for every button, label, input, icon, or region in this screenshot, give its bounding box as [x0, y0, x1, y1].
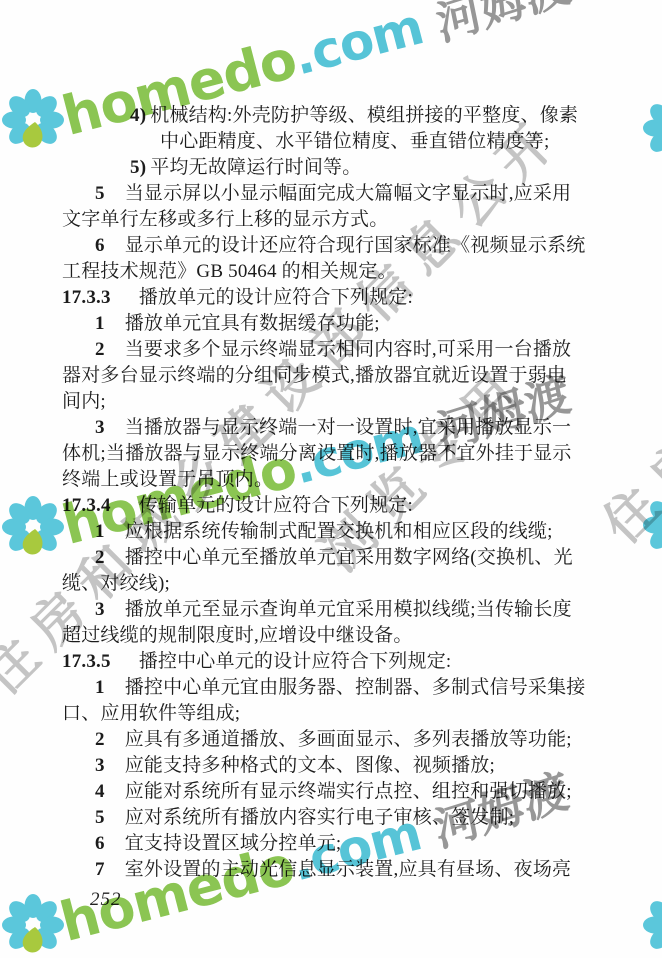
text-line: 5)平均无故障运行时间等。 [62, 155, 606, 181]
line-number: 5 [95, 807, 105, 828]
text-line: 器对多台显示终端的分组同步模式,播放器宜就近设置于弱电 [62, 363, 606, 389]
text-line: 间内; [62, 389, 606, 415]
line-text: 机械结构:外壳防护等级、模组拼接的平整度、像素 [150, 105, 578, 126]
line-text: 缆、对绞线); [62, 573, 170, 594]
text-line: 工程技术规范》GB 50464 的相关规定。 [62, 259, 606, 285]
line-text: 超过线缆的规制限度时,应增设中继设备。 [62, 625, 413, 646]
line-text: 播放单元至显示查询单元宜采用模拟线缆;当传输长度 [125, 599, 572, 620]
text-line: 终端上或设置于吊顶内。 [62, 467, 606, 493]
line-text: 应对系统所有播放内容实行电子审核、签发制; [125, 807, 514, 828]
line-text: 播放单元宜具有数据缓存功能; [125, 313, 380, 334]
text-line: 6显示单元的设计还应符合现行国家标准《视频显示系统 [62, 233, 606, 259]
scanned-document-page: 4)机械结构:外壳防护等级、模组拼接的平整度、像素中心距精度、水平错位精度、垂直… [0, 0, 662, 958]
line-number: 1 [95, 313, 105, 334]
text-line: 超过线缆的规制限度时,应增设中继设备。 [62, 623, 606, 649]
line-number: 4) [130, 105, 146, 126]
text-line: 2应具有多通道播放、多画面显示、多列表播放等功能; [62, 727, 606, 753]
homedo-flower-icon [1, 495, 65, 559]
line-text: 播控中心单元的设计应符合下列规定: [139, 651, 452, 672]
text-line: 1播放单元宜具有数据缓存功能; [62, 311, 606, 337]
line-number: 7 [95, 859, 105, 880]
text-line: 17.3.5播控中心单元的设计应符合下列规定: [62, 649, 606, 675]
text-line: 中心距精度、水平错位精度、垂直错位精度等; [62, 129, 606, 155]
line-text: 当显示屏以小显示幅面完成大篇幅文字显示时,应采用 [125, 183, 572, 204]
line-text: 器对多台显示终端的分组同步模式,播放器宜就近设置于弱电 [62, 365, 566, 386]
text-line: 4应能对系统所有显示终端实行点控、组控和强切播放; [62, 779, 606, 805]
line-text: 播放单元的设计应符合下列规定: [139, 287, 413, 308]
text-line: 1应根据系统传输制式配置交换机和相应区段的线缆; [62, 519, 606, 545]
line-number: 17.3.4 [62, 495, 111, 516]
line-number: 2 [95, 729, 105, 750]
line-text: 应根据系统传输制式配置交换机和相应区段的线缆; [125, 521, 553, 542]
text-line: 5当显示屏以小显示幅面完成大篇幅文字显示时,应采用 [62, 181, 606, 207]
line-number: 17.3.5 [62, 651, 111, 672]
line-number: 5) [130, 157, 146, 178]
line-number: 2 [95, 547, 105, 568]
text-line: 3播放单元至显示查询单元宜采用模拟线缆;当传输长度 [62, 597, 606, 623]
text-line: 17.3.3播放单元的设计应符合下列规定: [62, 285, 606, 311]
homedo-flower-icon-partial [642, 893, 662, 957]
homedo-chinese-name: 河姆渡 [432, 0, 575, 53]
text-line: 缆、对绞线); [62, 571, 606, 597]
homedo-flower-icon [1, 893, 65, 957]
page-number: 252 [90, 889, 122, 911]
line-text: 当要求多个显示终端显示相同内容时,可采用一台播放 [125, 339, 572, 360]
line-text: 文字单行左移或多行上移的显示方式。 [62, 209, 388, 230]
text-line: 7室外设置的主动光信息显示装置,应具有昼场、夜场亮 [62, 857, 606, 883]
text-line: 文字单行左移或多行上移的显示方式。 [62, 207, 606, 233]
homedo-flower-icon-partial [642, 493, 662, 557]
line-text: 间内; [62, 391, 106, 412]
homedo-domain-suffix: .com [288, 0, 429, 85]
line-text: 终端上或设置于吊顶内。 [62, 469, 273, 490]
text-line: 3当播放器与显示终端一对一设置时,宜采用播放显示一 [62, 415, 606, 441]
line-number: 1 [95, 521, 105, 542]
line-number: 3 [95, 599, 105, 620]
line-text: 显示单元的设计还应符合现行国家标准《视频显示系统 [125, 235, 586, 256]
line-text: 口、应用软件等组成; [62, 703, 240, 724]
line-text: 应能支持多种格式的文本、图像、视频播放; [125, 755, 495, 776]
line-number: 17.3.3 [62, 287, 111, 308]
line-number: 3 [95, 755, 105, 776]
line-text: 宜支持设置区域分控单元; [125, 833, 342, 854]
line-text: 当播放器与显示终端一对一设置时,宜采用播放显示一 [125, 417, 572, 438]
line-text: 平均无故障运行时间等。 [150, 157, 361, 178]
line-text: 工程技术规范》GB 50464 的相关规定。 [62, 261, 397, 282]
text-line: 2当要求多个显示终端显示相同内容时,可采用一台播放 [62, 337, 606, 363]
homedo-flower-icon-partial [642, 96, 662, 160]
text-line: 2播控中心单元至播放单元宜采用数字网络(交换机、光 [62, 545, 606, 571]
document-body: 4)机械结构:外壳防护等级、模组拼接的平整度、像素中心距精度、水平错位精度、垂直… [62, 103, 606, 883]
text-line: 4)机械结构:外壳防护等级、模组拼接的平整度、像素 [62, 103, 606, 129]
line-number: 2 [95, 339, 105, 360]
line-number: 6 [95, 235, 105, 256]
homedo-flower-icon [1, 88, 65, 152]
line-text: 体机;当播放器与显示终端分离设置时,播放器不宜外挂于显示 [62, 443, 572, 464]
text-line: 口、应用软件等组成; [62, 701, 606, 727]
line-number: 5 [95, 183, 105, 204]
line-number: 6 [95, 833, 105, 854]
line-text: 播控中心单元至播放单元宜采用数字网络(交换机、光 [125, 547, 573, 568]
text-line: 1播控中心单元宜由服务器、控制器、多制式信号采集接 [62, 675, 606, 701]
text-line: 5应对系统所有播放内容实行电子审核、签发制; [62, 805, 606, 831]
line-number: 1 [95, 677, 105, 698]
text-line: 3应能支持多种格式的文本、图像、视频播放; [62, 753, 606, 779]
line-text: 室外设置的主动光信息显示装置,应具有昼场、夜场亮 [125, 859, 572, 880]
line-text: 应能对系统所有显示终端实行点控、组控和强切播放; [125, 781, 572, 802]
text-line: 6宜支持设置区域分控单元; [62, 831, 606, 857]
text-line: 17.3.4传输单元的设计应符合下列规定: [62, 493, 606, 519]
line-text: 应具有多通道播放、多画面显示、多列表播放等功能; [125, 729, 572, 750]
line-text: 播控中心单元宜由服务器、控制器、多制式信号采集接 [125, 677, 586, 698]
text-line: 体机;当播放器与显示终端分离设置时,播放器不宜外挂于显示 [62, 441, 606, 467]
line-text: 传输单元的设计应符合下列规定: [139, 495, 413, 516]
line-number: 3 [95, 417, 105, 438]
line-number: 4 [95, 781, 105, 802]
line-text: 中心距精度、水平错位精度、垂直错位精度等; [160, 131, 549, 152]
